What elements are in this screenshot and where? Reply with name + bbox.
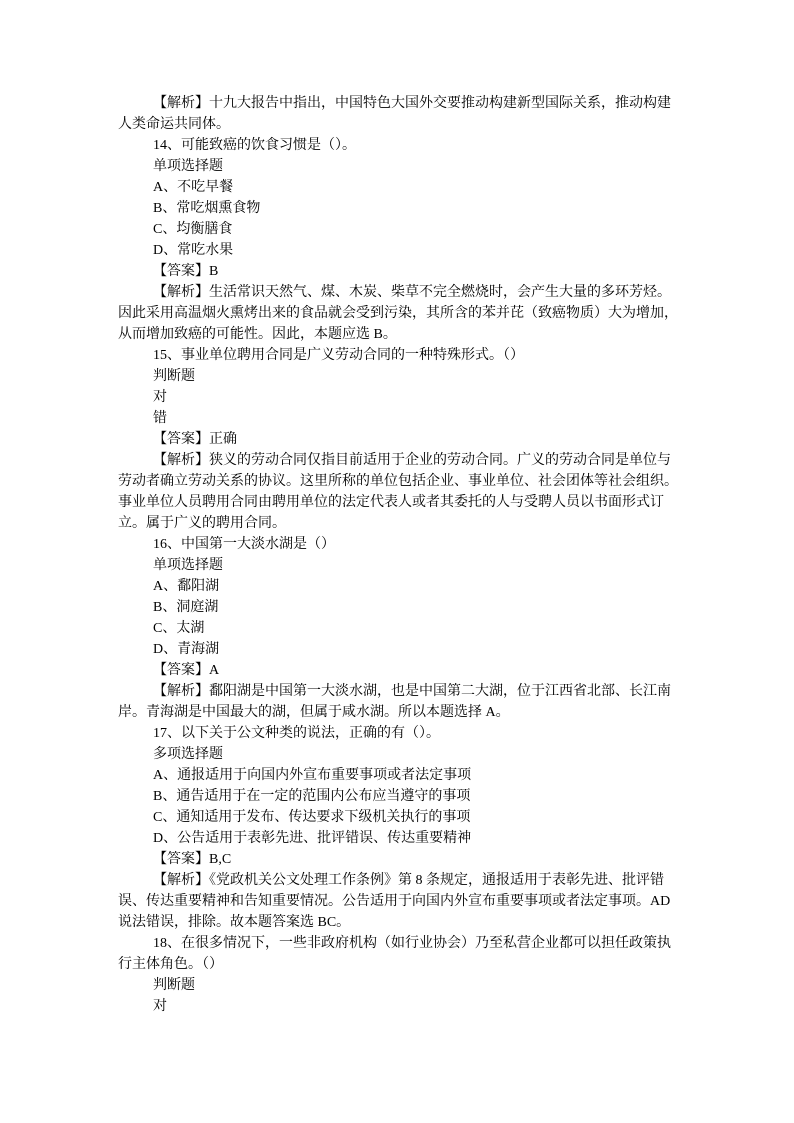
text-line: D、常吃水果 xyxy=(118,240,680,261)
text-line: 行主体角色。（） xyxy=(118,954,680,975)
text-line: 18、在很多情况下，一些非政府机构（如行业协会）乃至私营企业都可以担任政策执 xyxy=(118,933,680,954)
text-line: 事业单位人员聘用合同由聘用单位的法定代表人或者其委托的人与受聘人员以书面形式订 xyxy=(118,492,680,513)
text-line: C、通知适用于发布、传达要求下级机关执行的事项 xyxy=(118,807,680,828)
text-line: A、通报适用于向国内外宣布重要事项或者法定事项 xyxy=(118,765,680,786)
document-page: 【解析】十九大报告中指出，中国特色大国外交要推动构建新型国际关系，推动构建人类命… xyxy=(0,0,794,1123)
text-line: 【解析】生活常识天然气、煤、木炭、柴草不完全燃烧时，会产生大量的多环芳烃。 xyxy=(118,282,680,303)
text-line: 判断题 xyxy=(118,975,680,996)
text-line: 【解析】十九大报告中指出，中国特色大国外交要推动构建新型国际关系，推动构建 xyxy=(118,93,680,114)
text-line: 错 xyxy=(118,408,680,429)
text-line: 岸。青海湖是中国最大的湖，但属于咸水湖。所以本题选择 A。 xyxy=(118,702,680,723)
text-line: 【答案】正确 xyxy=(118,429,680,450)
text-line: C、太湖 xyxy=(118,618,680,639)
text-line: 劳动者确立劳动关系的协议。这里所称的单位包括企业、事业单位、社会团体等社会组织。 xyxy=(118,471,680,492)
text-line: B、洞庭湖 xyxy=(118,597,680,618)
text-line: 【答案】A xyxy=(118,660,680,681)
text-line: 多项选择题 xyxy=(118,744,680,765)
text-line: C、均衡膳食 xyxy=(118,219,680,240)
text-line: 16、中国第一大淡水湖是（） xyxy=(118,534,680,555)
text-line: 误、传达重要精神和告知重要情况。公告适用于向国内外宣布重要事项或者法定事项。AD xyxy=(118,891,680,912)
text-line: 【解析】鄱阳湖是中国第一大淡水湖，也是中国第二大湖，位于江西省北部、长江南 xyxy=(118,681,680,702)
text-line: A、不吃早餐 xyxy=(118,177,680,198)
text-line: 人类命运共同体。 xyxy=(118,114,680,135)
text-line: 因此采用高温烟火熏烤出来的食品就会受到污染，其所含的苯并芘（致癌物质）大为增加， xyxy=(118,303,680,324)
text-line: 14、可能致癌的饮食习惯是（）。 xyxy=(118,135,680,156)
text-line: 【答案】B xyxy=(118,261,680,282)
text-line: 说法错误，排除。故本题答案选 BC。 xyxy=(118,912,680,933)
text-line: D、公告适用于表彰先进、批评错误、传达重要精神 xyxy=(118,828,680,849)
text-line: 单项选择题 xyxy=(118,156,680,177)
text-line: 15、事业单位聘用合同是广义劳动合同的一种特殊形式。（） xyxy=(118,345,680,366)
text-line: 立。属于广义的聘用合同。 xyxy=(118,513,680,534)
document-body: 【解析】十九大报告中指出，中国特色大国外交要推动构建新型国际关系，推动构建人类命… xyxy=(118,93,680,1017)
text-line: 单项选择题 xyxy=(118,555,680,576)
text-line: 17、以下关于公文种类的说法，正确的有（）。 xyxy=(118,723,680,744)
text-line: 【答案】B,C xyxy=(118,849,680,870)
text-line: 对 xyxy=(118,387,680,408)
text-line: 判断题 xyxy=(118,366,680,387)
text-line: B、通告适用于在一定的范围内公布应当遵守的事项 xyxy=(118,786,680,807)
text-line: D、青海湖 xyxy=(118,639,680,660)
text-line: A、鄱阳湖 xyxy=(118,576,680,597)
text-line: 从而增加致癌的可能性。因此，本题应选 B。 xyxy=(118,324,680,345)
text-line: B、常吃烟熏食物 xyxy=(118,198,680,219)
text-line: 对 xyxy=(118,996,680,1017)
text-line: 【解析】《党政机关公文处理工作条例》第 8 条规定，通报适用于表彰先进、批评错 xyxy=(118,870,680,891)
text-line: 【解析】狭义的劳动合同仅指目前适用于企业的劳动合同。广义的劳动合同是单位与 xyxy=(118,450,680,471)
